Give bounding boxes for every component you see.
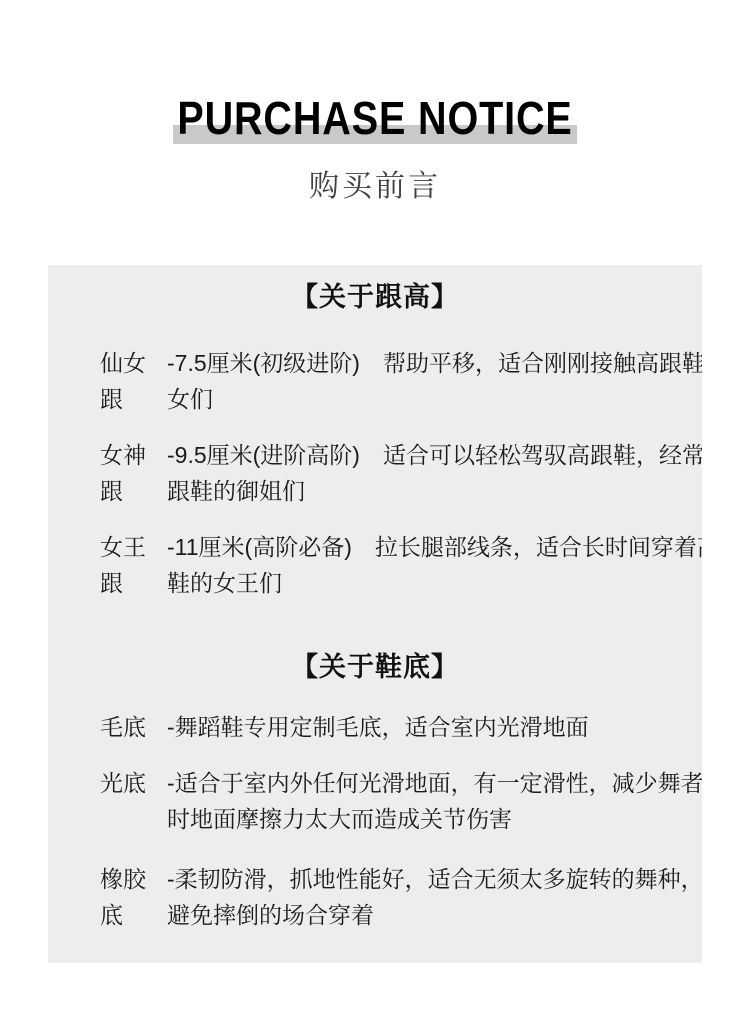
section-heel-height: 【关于跟高】 仙女跟 -7.5厘米(初级进阶) 帮助平移，适合刚刚接触高跟鞋的仙… bbox=[100, 279, 690, 601]
item-description: -7.5厘米(初级进阶) 帮助平移，适合刚刚接触高跟鞋的仙 女们 bbox=[167, 345, 690, 417]
list-item-fairy-heel: 仙女跟 -7.5厘米(初级进阶) 帮助平移，适合刚刚接触高跟鞋的仙 女们 bbox=[100, 345, 690, 417]
item-description: -11厘米(高阶必备) 拉长腿部线条，适合长时间穿着高跟 鞋的女王们 bbox=[167, 529, 690, 601]
item-description: -柔韧防滑，抓地性能好，适合无须太多旋转的舞种，以及 避免摔倒的场合穿着 bbox=[167, 861, 690, 933]
description-line: -7.5厘米(初级进阶) 帮助平移，适合刚刚接触高跟鞋的仙 bbox=[167, 345, 690, 381]
hero-header: PURCHASE NOTICE 购买前言 bbox=[0, 0, 750, 205]
item-term: 光底 bbox=[100, 765, 167, 837]
description-line: -11厘米(高阶必备) 拉长腿部线条，适合长时间穿着高跟 bbox=[167, 529, 690, 565]
list-item-smooth-sole: 光底 -适合于室内外任何光滑地面，有一定滑性，减少舞者旋转 时地面摩擦力太大而造… bbox=[100, 765, 690, 837]
item-term: 橡胶底 bbox=[100, 861, 167, 933]
description-line: -9.5厘米(进阶高阶) 适合可以轻松驾驭高跟鞋，经常穿高 bbox=[167, 437, 690, 473]
list-item-suede-sole: 毛底 -舞蹈鞋专用定制毛底，适合室内光滑地面 bbox=[100, 709, 690, 745]
list-item-queen-heel: 女王跟 -11厘米(高阶必备) 拉长腿部线条，适合长时间穿着高跟 鞋的女王们 bbox=[100, 529, 690, 601]
description-line: 女们 bbox=[167, 381, 690, 417]
description-line: 避免摔倒的场合穿着 bbox=[167, 897, 690, 933]
page-title-zh: 购买前言 bbox=[0, 169, 750, 205]
list-item-goddess-heel: 女神跟 -9.5厘米(进阶高阶) 适合可以轻松驾驭高跟鞋，经常穿高 跟鞋的御姐们 bbox=[100, 437, 690, 509]
item-term: 女王跟 bbox=[100, 529, 167, 601]
description-line: 跟鞋的御姐们 bbox=[167, 473, 690, 509]
list-item-rubber-sole: 橡胶底 -柔韧防滑，抓地性能好，适合无须太多旋转的舞种，以及 避免摔倒的场合穿着 bbox=[100, 861, 690, 933]
item-term: 毛底 bbox=[100, 709, 167, 745]
description-line: -柔韧防滑，抓地性能好，适合无须太多旋转的舞种，以及 bbox=[167, 861, 690, 897]
item-description: -9.5厘米(进阶高阶) 适合可以轻松驾驭高跟鞋，经常穿高 跟鞋的御姐们 bbox=[167, 437, 690, 509]
description-line: -舞蹈鞋专用定制毛底，适合室内光滑地面 bbox=[167, 709, 690, 745]
description-line: 时地面摩擦力太大而造成关节伤害 bbox=[167, 801, 690, 837]
notice-card: 【关于跟高】 仙女跟 -7.5厘米(初级进阶) 帮助平移，适合刚刚接触高跟鞋的仙… bbox=[48, 265, 702, 963]
item-term: 仙女跟 bbox=[100, 345, 167, 417]
item-description: -舞蹈鞋专用定制毛底，适合室内光滑地面 bbox=[167, 709, 690, 745]
item-description: -适合于室内外任何光滑地面，有一定滑性，减少舞者旋转 时地面摩擦力太大而造成关节… bbox=[167, 765, 690, 837]
page-title-en: PURCHASE NOTICE bbox=[53, 95, 698, 141]
section-heading-heel-height: 【关于跟高】 bbox=[60, 279, 690, 315]
item-term: 女神跟 bbox=[100, 437, 167, 509]
section-sole: 【关于鞋底】 毛底 -舞蹈鞋专用定制毛底，适合室内光滑地面 光底 -适合于室内外… bbox=[100, 649, 690, 933]
description-line: -适合于室内外任何光滑地面，有一定滑性，减少舞者旋转 bbox=[167, 765, 690, 801]
section-heading-sole: 【关于鞋底】 bbox=[60, 649, 690, 685]
description-line: 鞋的女王们 bbox=[167, 565, 690, 601]
